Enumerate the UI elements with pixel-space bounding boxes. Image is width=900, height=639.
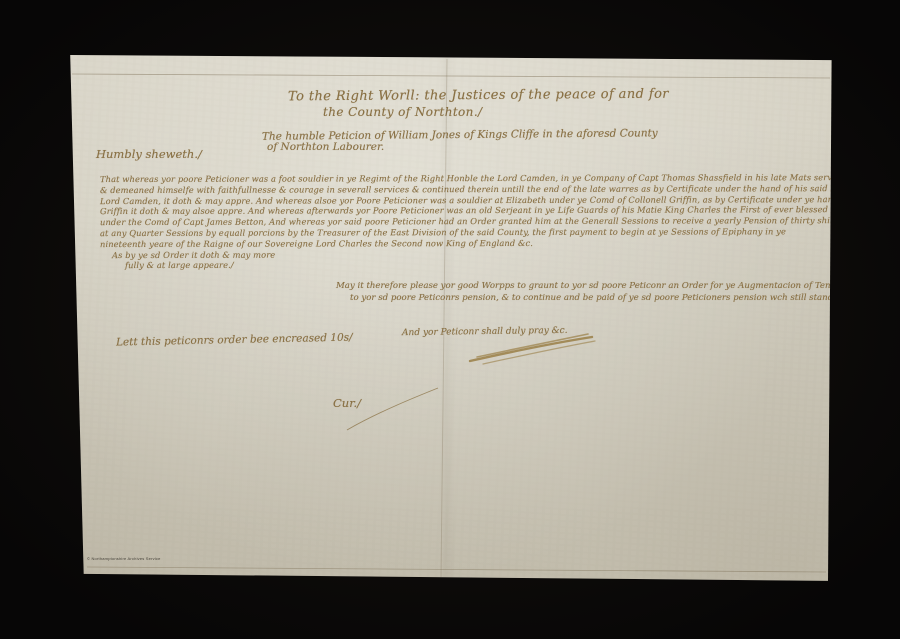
photograph-of-manuscript: To the Right Worll: the Justices of the … bbox=[0, 0, 900, 639]
court-mark: Cur./ bbox=[333, 396, 361, 410]
paper-sheet: To the Right Worll: the Justices of the … bbox=[0, 0, 900, 639]
salutation: Humbly sheweth./ bbox=[96, 147, 202, 161]
prayer-line2: to yor sd poore Peticonrs pension, & to … bbox=[350, 293, 899, 303]
prayer-line1: May it therefore please yor good Worpps … bbox=[336, 281, 897, 291]
petition-heading-line1: To the Right Worll: the Justices of the … bbox=[288, 87, 669, 105]
body-line: fully & at large appeare./ bbox=[125, 258, 900, 271]
petition-body: That whereas yor poore Peticioner was a … bbox=[100, 173, 900, 270]
petition-subheading-line2: of Northton Labourer. bbox=[267, 141, 384, 153]
petition-heading-line2: the County of Northton./ bbox=[323, 105, 482, 119]
archive-credit: © Northamptonshire Archives Service bbox=[87, 556, 161, 561]
